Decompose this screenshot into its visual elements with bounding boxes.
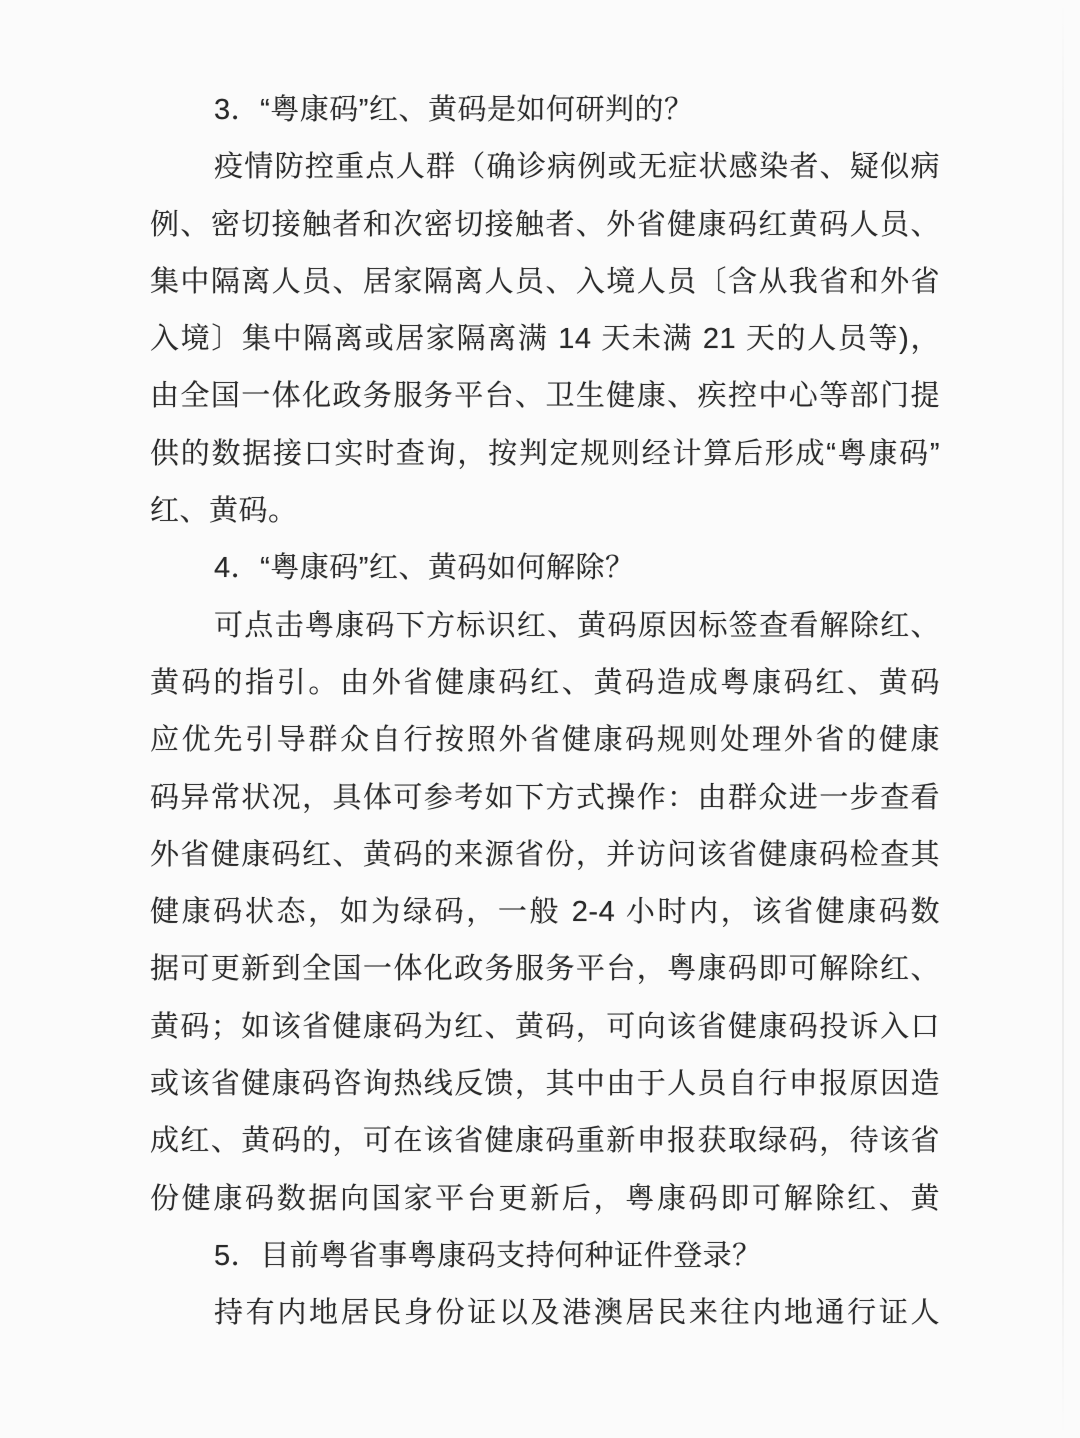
body-line: 份健康码数据向国家平台更新后，粤康码即可解除红、黄码。 xyxy=(150,1171,940,1228)
body-line: 疫情防控重点人群（确诊病例或无症状感染者、疑似病 xyxy=(150,139,940,196)
page-edge-shadow xyxy=(1062,0,1064,1438)
body-line: 集中隔离人员、居家隔离人员、入境人员〔含从我省和外省 xyxy=(150,254,940,311)
body-line: 黄码的指引。由外省健康码红、黄码造成粤康码红、黄码的， xyxy=(150,655,940,712)
body-line: 外省健康码红、黄码的来源省份，并访问该省健康码检查其 xyxy=(150,827,940,884)
document-page: 3．“粤康码”红、黄码是如何研判的？ 疫情防控重点人群（确诊病例或无症状感染者、… xyxy=(0,0,1080,1438)
body-line: 黄码；如该省健康码为红、黄码，可向该省健康码投诉入口 xyxy=(150,999,940,1056)
document-body: 3．“粤康码”红、黄码是如何研判的？ 疫情防控重点人群（确诊病例或无症状感染者、… xyxy=(150,82,940,1343)
body-line: 据可更新到全国一体化政务服务平台，粤康码即可解除红、 xyxy=(150,941,940,998)
heading-line: 4．“粤康码”红、黄码如何解除？ xyxy=(150,540,940,597)
body-line: 可点击粤康码下方标识红、黄码原因标签查看解除红、 xyxy=(150,598,940,655)
heading-line: 3．“粤康码”红、黄码是如何研判的？ xyxy=(150,82,940,139)
body-line: 入境〕集中隔离或居家隔离满 14 天未满 21 天的人员等)， xyxy=(150,311,940,368)
body-line: 成红、黄码的，可在该省健康码重新申报获取绿码，待该省 xyxy=(150,1113,940,1170)
body-line: 健康码状态，如为绿码，一般 2-4 小时内，该省健康码数 xyxy=(150,884,940,941)
body-line: 码异常状况，具体可参考如下方式操作：由群众进一步查看 xyxy=(150,770,940,827)
body-line: 例、密切接触者和次密切接触者、外省健康码红黄码人员、 xyxy=(150,197,940,254)
body-line: 持有内地居民身份证以及港澳居民来往内地通行证人 xyxy=(150,1285,940,1342)
body-line: 应优先引导群众自行按照外省健康码规则处理外省的健康 xyxy=(150,712,940,769)
body-line: 或该省健康码咨询热线反馈，其中由于人员自行申报原因造 xyxy=(150,1056,940,1113)
body-line: 由全国一体化政务服务平台、卫生健康、疾控中心等部门提 xyxy=(150,368,940,425)
heading-line: 5．目前粤省事粤康码支持何种证件登录？ xyxy=(150,1228,940,1285)
body-line: 供的数据接口实时查询，按判定规则经计算后形成“粤康码” xyxy=(150,426,940,483)
body-line: 红、黄码。 xyxy=(150,483,940,540)
